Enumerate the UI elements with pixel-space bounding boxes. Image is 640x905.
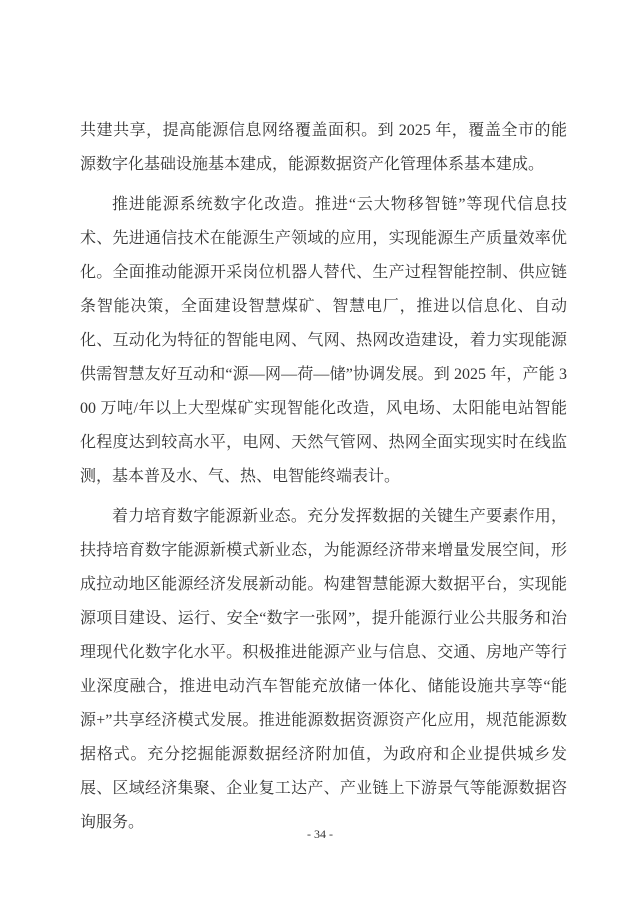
page-number: - 34 - [0, 826, 640, 842]
paragraph-energy-system-digitalization: 推进能源系统数字化改造。推进“云大物移智链”等现代信息技术、先进通信技术在能源生… [80, 188, 567, 494]
document-page: 共建共享，提高能源信息网络覆盖面积。到 2025 年，覆盖全市的能源数字化基础设… [0, 0, 640, 905]
document-body: 共建共享，提高能源信息网络覆盖面积。到 2025 年，覆盖全市的能源数字化基础设… [80, 114, 567, 846]
paragraph-digital-energy-new-business: 着力培育数字能源新业态。充分发挥数据的关键生产要素作用，扶持培育数字能源新模式新… [80, 500, 567, 840]
paragraph-continuation: 共建共享，提高能源信息网络覆盖面积。到 2025 年，覆盖全市的能源数字化基础设… [80, 114, 567, 182]
